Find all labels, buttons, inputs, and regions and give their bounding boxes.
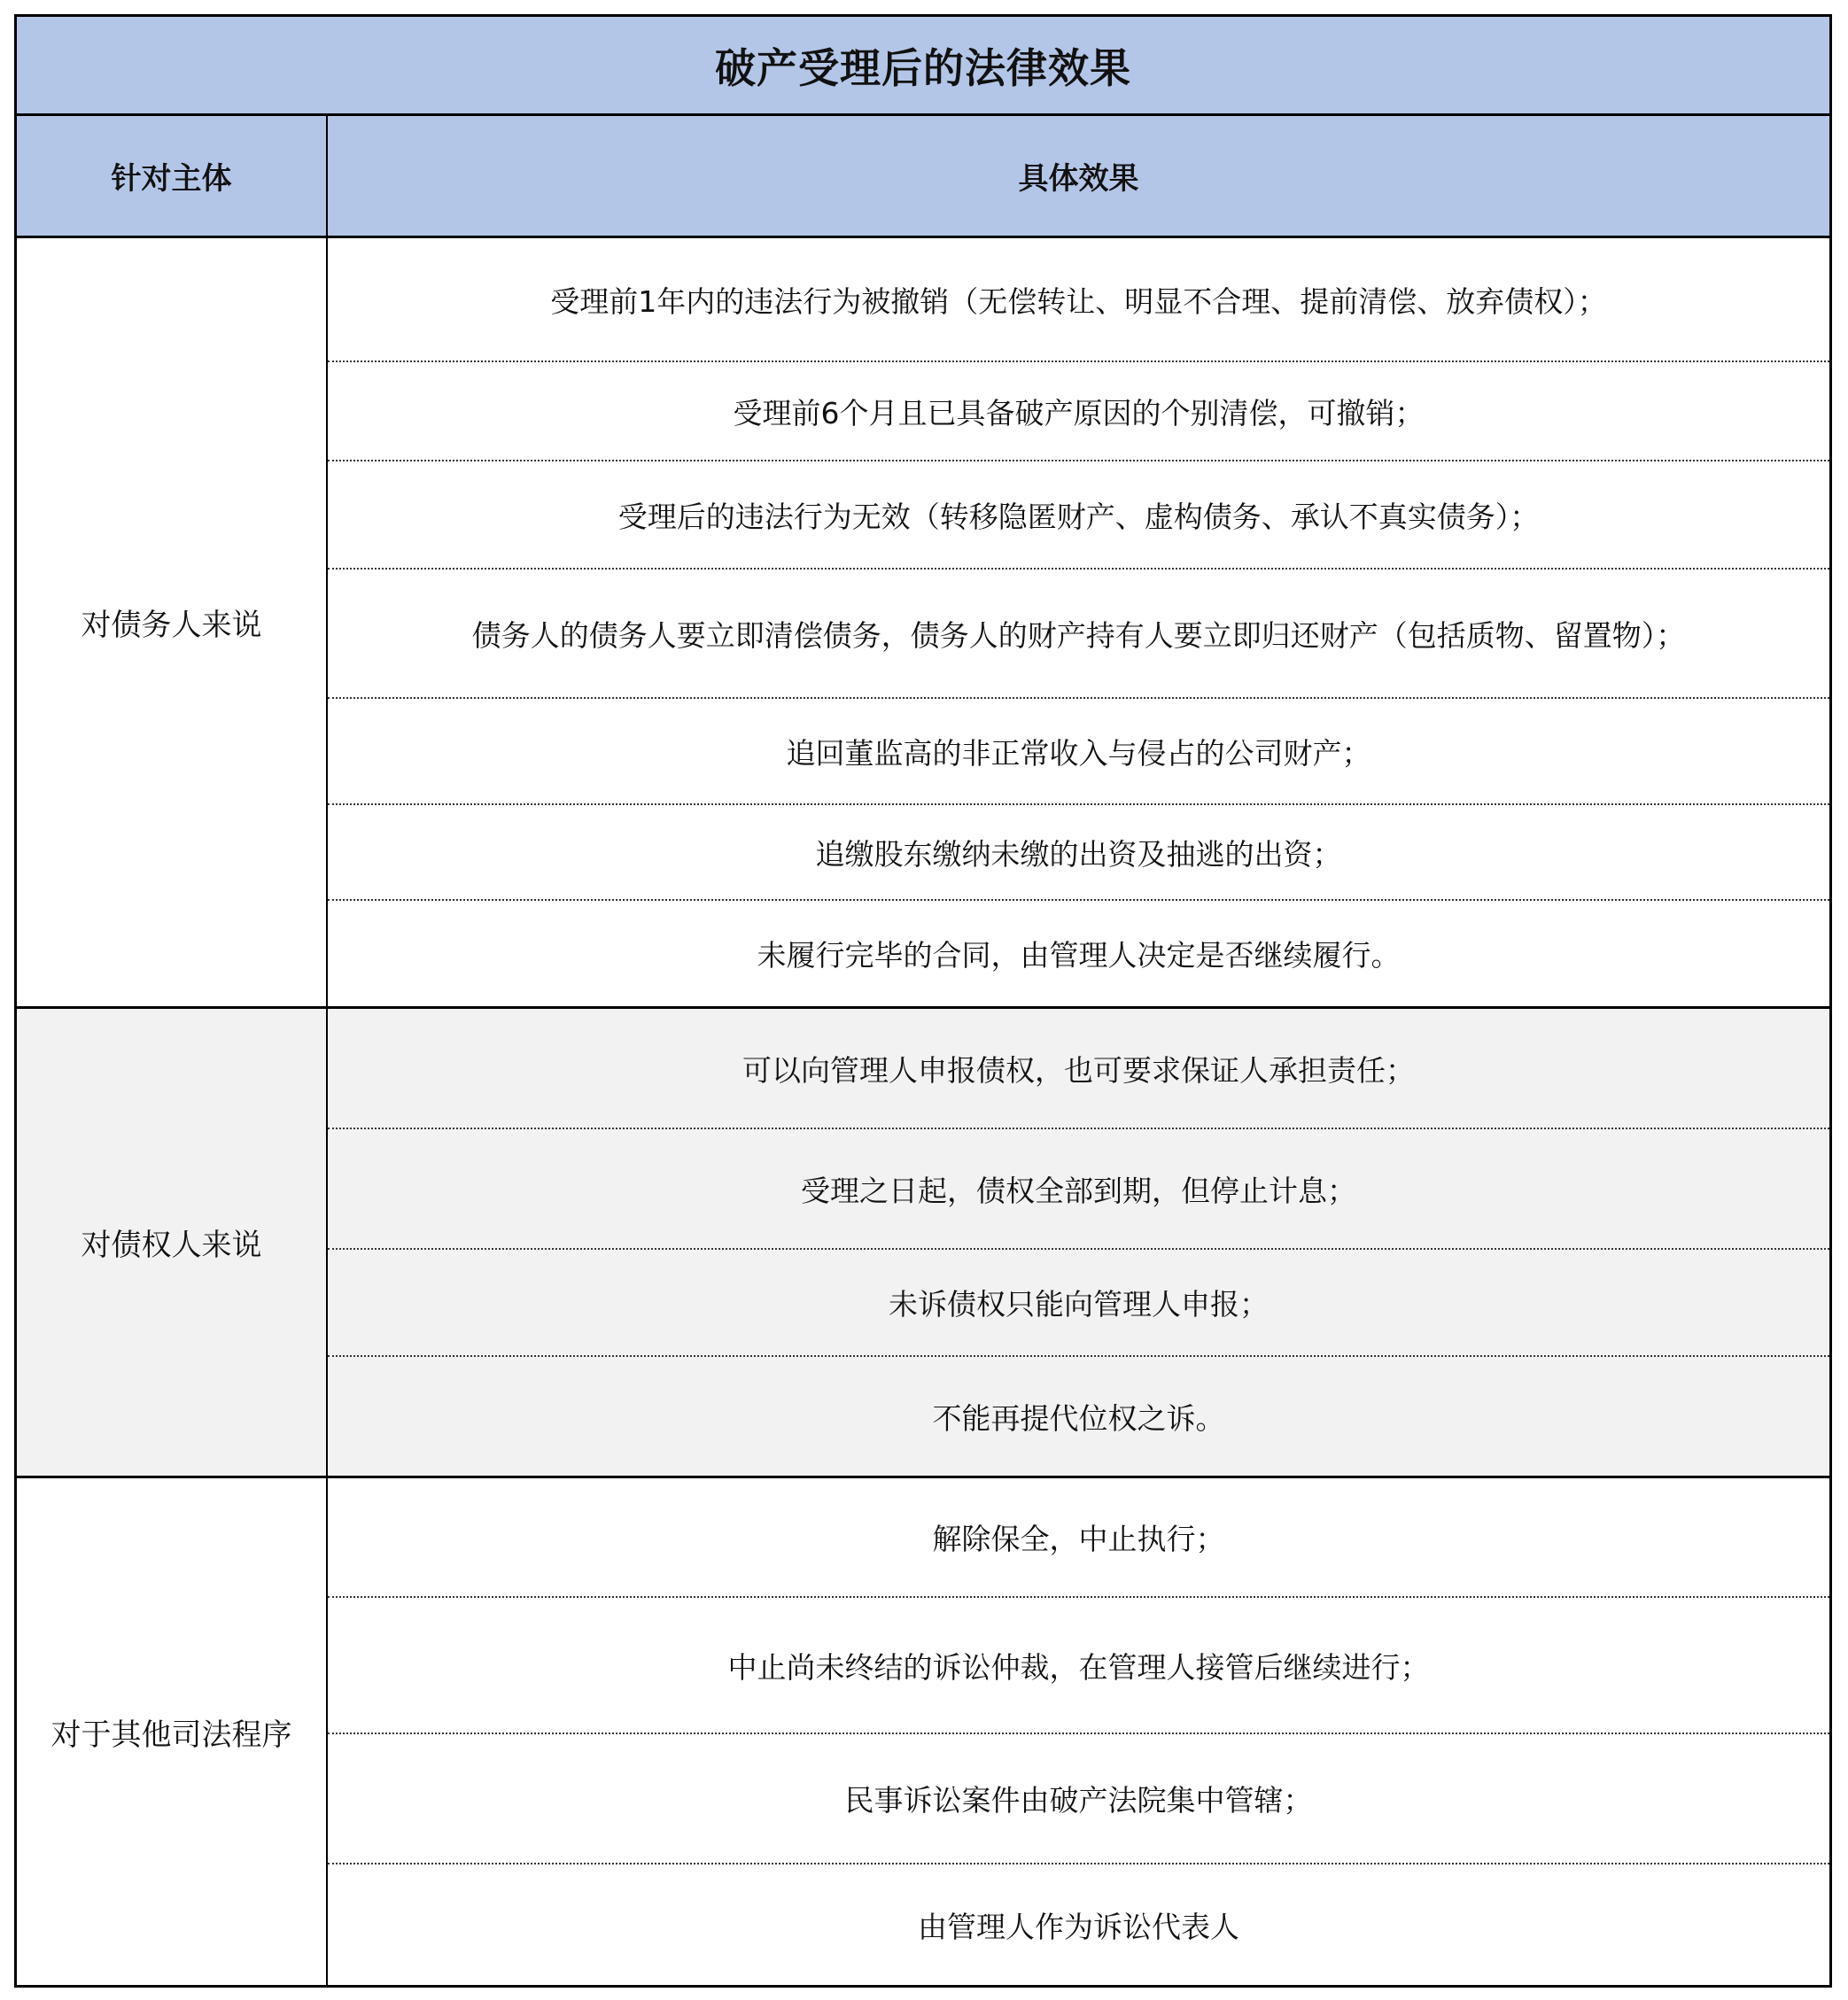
table-title: 破产受理后的法律效果 [715, 36, 1131, 95]
section-judicial: 对于其他司法程序 解除保全，中止执行； 中止尚未终结的诉讼仲裁，在管理人接管后继… [17, 1478, 1829, 1985]
subject-cell: 对债权人来说 [17, 1009, 328, 1476]
effect-item: 债务人的债务人要立即清偿债务，债务人的财产持有人要立即归还财产（包括质物、留置物… [328, 570, 1829, 699]
effect-item: 解除保全，中止执行； [328, 1478, 1829, 1598]
effect-item: 受理前6个月且已具备破产原因的个别清偿，可撤销； [328, 362, 1829, 461]
effects-list: 受理前1年内的违法行为被撤销（无偿转让、明显不合理、提前清偿、放弃债权）； 受理… [328, 238, 1829, 1006]
header-effects: 具体效果 [1019, 154, 1139, 198]
effect-item: 未履行完毕的合同，由管理人决定是否继续履行。 [328, 901, 1829, 1006]
effect-item: 受理前1年内的违法行为被撤销（无偿转让、明显不合理、提前清偿、放弃债权）； [328, 238, 1829, 362]
subject-label: 对于其他司法程序 [51, 1710, 292, 1754]
effect-item: 不能再提代位权之诉。 [328, 1357, 1829, 1476]
effect-item: 受理后的违法行为无效（转移隐匿财产、虚构债务、承认不真实债务）； [328, 461, 1829, 570]
effect-item: 追回董监高的非正常收入与侵占的公司财产； [328, 699, 1829, 805]
effects-list: 解除保全，中止执行； 中止尚未终结的诉讼仲裁，在管理人接管后继续进行； 民事诉讼… [328, 1478, 1829, 1985]
effect-item: 受理之日起，债权全部到期，但停止计息； [328, 1129, 1829, 1250]
effect-item: 可以向管理人申报债权，也可要求保证人承担责任； [328, 1009, 1829, 1129]
effects-list: 可以向管理人申报债权，也可要求保证人承担责任； 受理之日起，债权全部到期，但停止… [328, 1009, 1829, 1476]
effect-item: 民事诉讼案件由破产法院集中管辖； [328, 1734, 1829, 1864]
header-subject: 针对主体 [112, 154, 232, 198]
header-effects-cell: 具体效果 [328, 116, 1829, 236]
subject-cell: 对于其他司法程序 [17, 1478, 328, 1985]
effect-item: 未诉债权只能向管理人申报； [328, 1250, 1829, 1357]
effect-item: 追缴股东缴纳未缴的出资及抽逃的出资； [328, 805, 1829, 901]
subject-label: 对债权人来说 [82, 1221, 262, 1264]
effect-item: 由管理人作为诉讼代表人 [328, 1864, 1829, 1985]
legal-effects-table: 破产受理后的法律效果 针对主体 具体效果 对债务人来说 受理前1年内的违法行为被… [14, 14, 1832, 1988]
header-subject-cell: 针对主体 [17, 116, 328, 236]
subject-cell: 对债务人来说 [17, 238, 328, 1006]
section-debtor: 对债务人来说 受理前1年内的违法行为被撤销（无偿转让、明显不合理、提前清偿、放弃… [17, 238, 1829, 1009]
section-creditor: 对债权人来说 可以向管理人申报债权，也可要求保证人承担责任； 受理之日起，债权全… [17, 1009, 1829, 1478]
header-row: 针对主体 具体效果 [17, 116, 1829, 238]
subject-label: 对债务人来说 [82, 601, 262, 644]
effect-item: 中止尚未终结的诉讼仲裁，在管理人接管后继续进行； [328, 1598, 1829, 1734]
title-row: 破产受理后的法律效果 [17, 17, 1829, 116]
